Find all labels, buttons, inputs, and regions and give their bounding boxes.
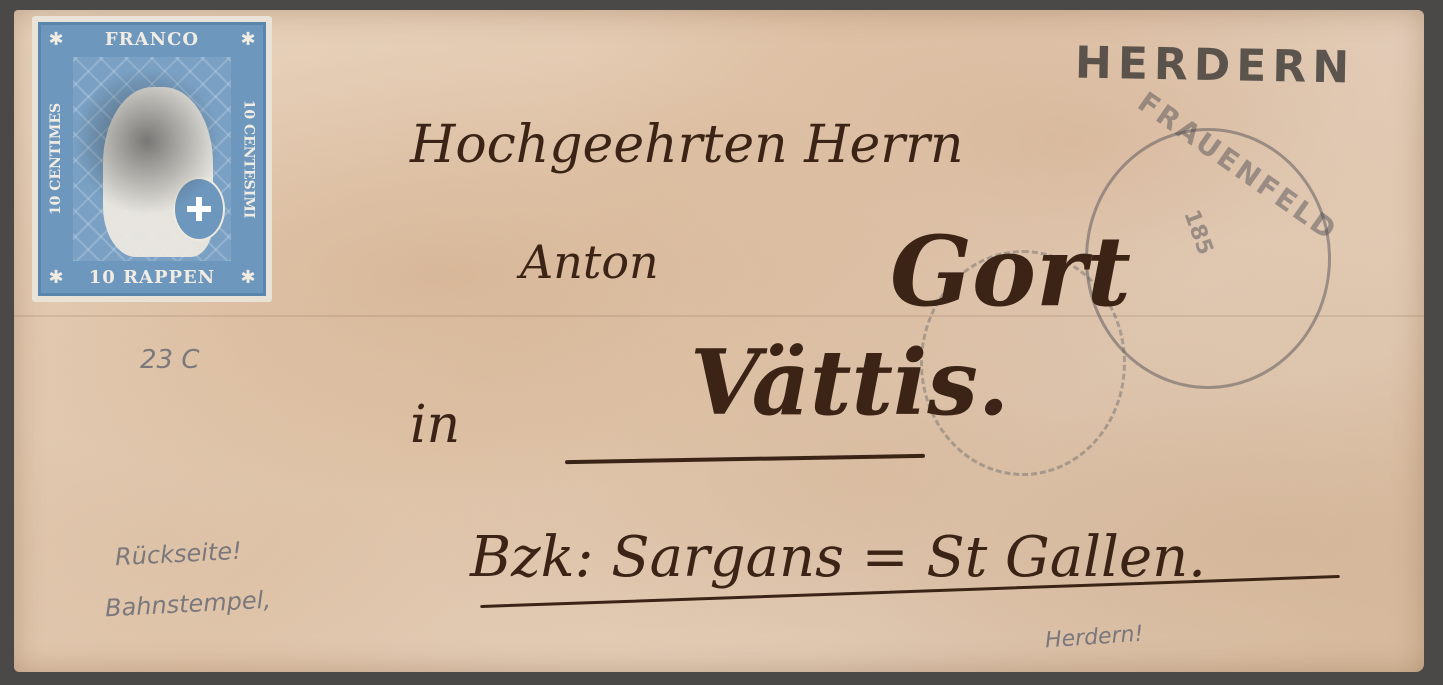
stamp-right-text: 10 CENTESIMI <box>240 100 256 219</box>
stamp-bottom-label: 10 RAPPEN <box>71 265 233 291</box>
star-icon: ✱ <box>235 27 261 53</box>
address-in: in <box>410 395 460 455</box>
stamp-right-label: 10 CENTESIMI <box>235 59 261 259</box>
address-district: Bzk: Sargans = St Gallen. <box>470 525 1206 590</box>
straight-line-postmark: HERDERN <box>1075 38 1356 94</box>
star-icon: ✱ <box>235 265 261 291</box>
postage-stamp: ✱ ✱ ✱ ✱ FRANCO 10 RAPPEN 10 CENTIMES 10 … <box>32 16 272 302</box>
star-icon: ✱ <box>43 265 69 291</box>
address-place: Vättis. <box>690 330 1009 436</box>
address-salutation: Hochgeehrten Herrn <box>410 115 963 175</box>
address-surname: Gort <box>890 215 1131 328</box>
pencil-catalog-number: 23 C <box>140 345 200 375</box>
stamp-left-label: 10 CENTIMES <box>43 59 69 259</box>
star-icon: ✱ <box>43 27 69 53</box>
stamp-left-text: 10 CENTIMES <box>48 103 64 215</box>
stamp-top-label: FRANCO <box>71 27 233 53</box>
address-first-name: Anton <box>520 235 659 289</box>
